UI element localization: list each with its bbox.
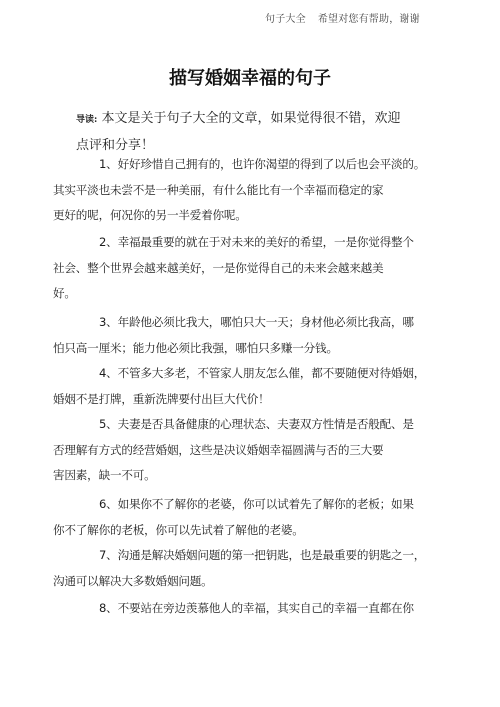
paragraph-8: 8、不要站在旁边羡慕他人的幸福，其实自己的幸福一直都在你 [76, 596, 428, 622]
paragraph-line: 5、夫妻是否具备健康的心理状态、夫妻双方性情是否般配、是 [76, 412, 428, 438]
paragraph-7: 7、沟通是解决婚姻问题的第一把钥匙，也是最重要的钥匙之一， 沟通可以解决大多数婚… [76, 543, 428, 594]
paragraph-line: 6、如果你不了解你的老婆，你可以试着先了解你的老板；如果 [76, 492, 428, 518]
paragraph-3: 3、年龄他必须比我大，哪怕只大一天；身材他必须比我高，哪 怕只高一厘米；能力他必… [76, 310, 428, 361]
paragraph-line: 更好的呢，何况你的另一半爱着你呢。 [53, 203, 428, 229]
paragraph-line: 好。 [53, 281, 428, 307]
page-header-note: 句子大全希望对您有帮助，谢谢 [265, 10, 420, 25]
paragraph-2: 2、幸福最重要的就在于对未来的美好的希望，一是你觉得整个 社会、整个世界会越来越… [76, 230, 428, 307]
paragraph-line: 8、不要站在旁边羡慕他人的幸福，其实自己的幸福一直都在你 [76, 596, 428, 622]
paragraph-line: 3、年龄他必须比我大，哪怕只大一天；身材他必须比我高，哪 [76, 310, 428, 336]
paragraph-6: 6、如果你不了解你的老婆，你可以试着先了解你的老板；如果 你不了解你的老板，你可… [76, 492, 428, 543]
paragraph-4: 4、不管多大多老，不管家人朋友怎么催，都不要随便对待婚姻， 婚姻不是打牌，重新洗… [76, 361, 428, 412]
header-site-name: 句子大全 [265, 14, 306, 25]
paragraph-line: 你不了解你的老板，你可以先试着了解他的老婆。 [53, 518, 428, 544]
paragraph-line: 2、幸福最重要的就在于对未来的美好的希望，一是你觉得整个 [76, 230, 428, 256]
intro-text-line-1: 本文是关于句子大全的文章，如果觉得很不错，欢迎 [101, 111, 400, 126]
document-title: 描写婚姻幸福的句子 [0, 64, 500, 90]
paragraph-line: 1、好好珍惜自己拥有的，也许你渴望的得到了以后也会平淡的。 [76, 152, 428, 178]
paragraph-line: 其实平淡也未尝不是一种美丽，有什么能比有一个幸福而稳定的家 [53, 178, 428, 204]
paragraph-line: 7、沟通是解决婚姻问题的第一把钥匙，也是最重要的钥匙之一， [76, 543, 428, 569]
paragraph-line: 4、不管多大多老，不管家人朋友怎么催，都不要随便对待婚姻， [76, 361, 428, 387]
paragraph-line: 婚姻不是打牌，重新洗牌要付出巨大代价！ [53, 387, 428, 413]
paragraph-line: 否理解有方式的经营婚姻，这些是决议婚姻幸福圆满与否的三大要 [53, 438, 428, 464]
paragraph-line: 害因素，缺一不可。 [53, 463, 428, 489]
paragraph-1: 1、好好珍惜自己拥有的，也许你渴望的得到了以后也会平淡的。 其实平淡也未尝不是一… [76, 152, 428, 229]
paragraph-5: 5、夫妻是否具备健康的心理状态、夫妻双方性情是否般配、是 否理解有方式的经营婚姻… [76, 412, 428, 489]
paragraph-line: 沟通可以解决大多数婚姻问题。 [53, 569, 428, 595]
paragraph-line: 社会、整个世界会越来越美好，一是你觉得自己的未来会越来越美 [53, 256, 428, 282]
intro-label: 导读: [76, 115, 97, 125]
paragraph-line: 怕只高一厘米；能力他必须比我强，哪怕只多赚一分钱。 [53, 336, 428, 362]
header-thanks-note: 希望对您有帮助，谢谢 [318, 14, 420, 25]
